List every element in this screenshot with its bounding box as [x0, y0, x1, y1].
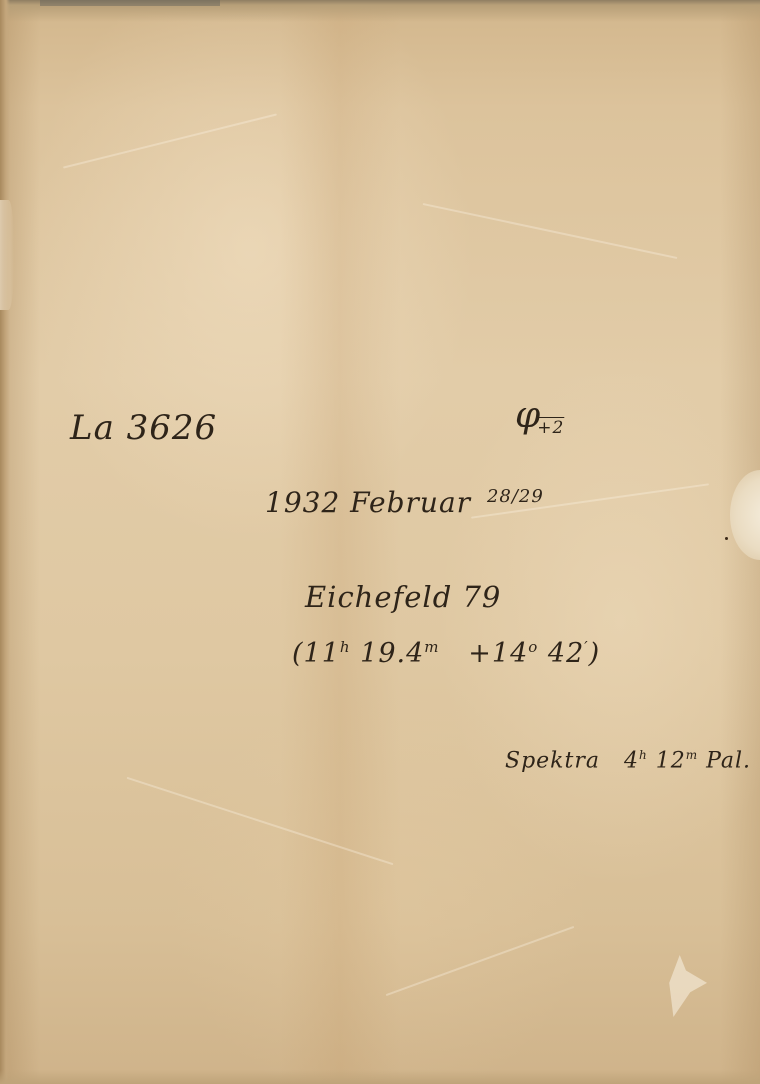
- observation-date: 1932 Februar 28/29: [265, 486, 544, 519]
- date-nights: 28/29: [487, 486, 544, 507]
- dec-minutes: 42: [548, 638, 584, 669]
- document-page: La 3626 φ+2 1932 Februar 28/29 Eichefeld…: [0, 0, 760, 1084]
- exposure-note: Spektra 4h 12m Pal.: [505, 748, 751, 773]
- left-edge: [0, 0, 10, 1084]
- ra-minutes-unit: m: [424, 638, 439, 656]
- ink-spot: [725, 537, 728, 540]
- dec-degrees-unit: o: [528, 638, 538, 656]
- top-flap: [40, 0, 220, 6]
- right-edge-notch: [730, 470, 760, 560]
- exposure-minutes-unit: m: [686, 748, 698, 762]
- plate-symbol-sub: +2: [537, 418, 564, 438]
- bottom-edge: [0, 1070, 760, 1084]
- wrinkle: [386, 926, 575, 996]
- plate-symbol: φ+2: [515, 395, 564, 438]
- fold-shading: [280, 0, 400, 1084]
- ra-hours-unit: h: [340, 638, 351, 656]
- dec-degrees: +14: [468, 638, 528, 669]
- exposure-hours-unit: h: [639, 748, 648, 762]
- paren-close: ): [589, 638, 601, 669]
- coordinates: (11h 19.4m +14o 42′): [292, 638, 600, 669]
- wrinkle: [63, 113, 277, 168]
- exposure-suffix: Pal.: [706, 748, 751, 773]
- wrinkle: [423, 203, 678, 259]
- ra-minutes: 19.4: [360, 638, 424, 669]
- date-text: 1932 Februar: [265, 486, 471, 519]
- exposure-hours: 4: [624, 748, 639, 773]
- catalog-number: La 3626: [70, 408, 217, 448]
- field-label: Eichefeld 79: [305, 580, 501, 614]
- exposure-minutes: 12: [656, 748, 686, 773]
- exposure-label: Spektra: [505, 748, 600, 773]
- ra-hours: 11: [304, 638, 340, 669]
- paren-open: (: [292, 638, 304, 669]
- left-edge-tear: [0, 200, 14, 310]
- paper-crease: [665, 955, 707, 1017]
